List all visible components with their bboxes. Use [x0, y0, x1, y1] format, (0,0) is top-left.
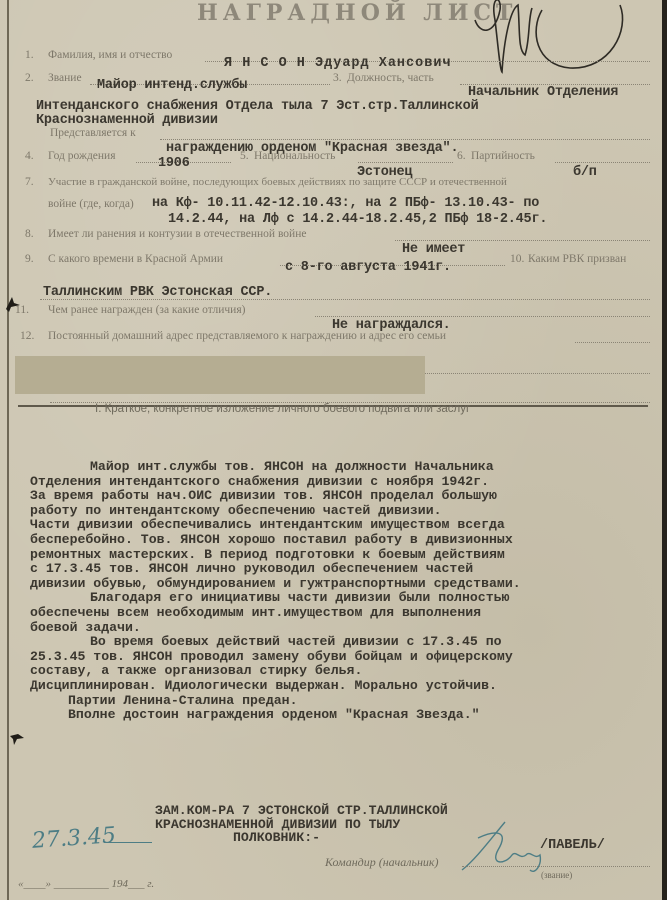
field-label-nationality: Национальность — [254, 150, 335, 162]
field-label-full-name: Фамилия, имя и отчество — [48, 49, 172, 61]
narrative-line: 25.3.45 тов. ЯНСОН проводил замену обуви… — [30, 650, 650, 665]
field-value-position-line3: Краснознаменной дивизии — [36, 113, 218, 128]
field-value-position-line2: Интенданского снабжения Отдела тыла 7 Эс… — [36, 99, 478, 114]
field-value-war-participation-line1: на Кф- 10.11.42-12.10.43:, на 2 ПБф- 13.… — [152, 196, 539, 211]
field-line — [555, 162, 650, 163]
field-number: 11. — [15, 304, 29, 316]
field-value-drafted-by: Таллинским РВК Эстонская ССР. — [43, 285, 272, 300]
field-number: 7. — [25, 176, 34, 188]
section-heading: I. Краткое, конкретное изложение личного… — [95, 403, 470, 415]
handwritten-number-mark — [470, 0, 630, 75]
field-label-position: Должность, часть — [347, 72, 434, 84]
narrative-line: Вполне достоин награждения орденом "Крас… — [30, 708, 650, 723]
signature-line — [462, 866, 650, 867]
narrative-line: работу по интендантскому обеспечению час… — [30, 504, 650, 519]
field-number: 12. — [20, 330, 34, 342]
narrative-line: обеспечены всем необходимым инт.имуществ… — [30, 606, 650, 621]
redacted-address-block — [15, 356, 425, 394]
narrative-line: Дисциплинирован. Идиологически выдержан.… — [30, 679, 650, 694]
field-value-position-line1: Начальник Отделения — [468, 85, 618, 100]
field-line — [425, 373, 650, 374]
field-line — [575, 342, 650, 343]
field-value-service-since: с 8-го августа 1941г. — [285, 260, 451, 275]
signatory-position-line: КРАСНОЗНАМЕННОЙ ДИВИЗИИ ПО ТЫЛУ — [155, 818, 448, 832]
field-number: 4. — [25, 150, 34, 162]
field-value-rank: Майор интенд.службы — [97, 78, 247, 93]
rank-label: (звание) — [541, 870, 572, 880]
narrative-line: Части дивизии обеспечивались интендантск… — [30, 518, 650, 533]
field-line — [160, 139, 650, 140]
narrative-line: составу, а также организовал стирку бель… — [30, 664, 650, 679]
field-number: 9. — [25, 253, 34, 265]
field-label-war-participation: Участие в гражданской войне, последующих… — [48, 176, 507, 188]
signatory-name: /ПАВЕЛЬ/ — [540, 838, 605, 853]
page-edge — [662, 0, 667, 900]
handwritten-date: 27.3.45 — [31, 823, 117, 854]
commander-label: Командир (начальник) — [325, 855, 439, 870]
date-template: «____» __________ 194___ г. — [18, 878, 154, 890]
field-number: 3. — [333, 72, 342, 84]
field-label-party: Партийность — [471, 150, 535, 162]
field-line — [315, 316, 650, 317]
narrative-line: Партии Ленина-Сталина предан. — [30, 694, 650, 709]
narrative-line: бесперебойно. Тов. ЯНСОН хорошо поставил… — [30, 533, 650, 548]
field-number: 8. — [25, 228, 34, 240]
field-line — [395, 240, 650, 241]
narrative-line: с 17.3.45 тов. ЯНСОН лично руководил обе… — [30, 562, 650, 577]
award-sheet-page: НАГРАДНОЙ ЛИСТ 1. Фамилия, имя и отчеств… — [0, 0, 667, 900]
field-label-war-participation-cont: войне (где, когда) — [48, 198, 134, 210]
field-value-wounds: Не имеет — [402, 242, 465, 257]
field-number: 1. — [25, 49, 34, 61]
field-label-drafted-by: Каким РВК призван — [528, 253, 626, 265]
field-label-service-since: С какого времени в Красной Армии — [48, 253, 223, 265]
field-number: 5. — [240, 150, 249, 162]
field-value-full-name: Я Н С О Н Эдуард Хансович — [224, 56, 452, 71]
signatory-block: ЗАМ.КОМ-РА 7 ЭСТОНСКОЙ СТР.ТАЛЛИНСКОЙ КР… — [155, 804, 448, 845]
narrative-line: Во время боевых действий частей дивизии … — [30, 635, 650, 650]
field-label-home-address: Постоянный домашний адрес представляемог… — [48, 330, 446, 342]
narrative-line: боевой задачи. — [30, 621, 650, 636]
field-label-previous-awards: Чем ранее награжден (за какие отличия) — [48, 304, 245, 316]
hole-punch-mark-icon — [8, 730, 26, 748]
field-label-wounds: Имеет ли ранения и контузии в отечествен… — [48, 228, 306, 240]
narrative-line: Майор инт.службы тов. ЯНСОН на должности… — [30, 460, 650, 475]
signatory-position-line: ЗАМ.КОМ-РА 7 ЭСТОНСКОЙ СТР.ТАЛЛИНСКОЙ — [155, 804, 448, 818]
narrative-line: ремонтных мастерских. В период подготовк… — [30, 548, 650, 563]
left-margin-rule — [7, 0, 9, 900]
narrative-line: За время работы нач.ОИС дивизии тов. ЯНС… — [30, 489, 650, 504]
field-value-war-participation-line2: 14.2.44, на Лф с 14.2.44-18.2.45,2 ПБф 1… — [168, 212, 547, 227]
field-label-rank: Звание — [48, 72, 82, 84]
field-label-presented-for: Представляется к — [50, 127, 136, 139]
field-label-birth-year: Год рождения — [48, 150, 116, 162]
field-value-birth-year: 1906 — [158, 156, 190, 171]
narrative-line: дивизии обувью, обмундированием и гужтра… — [30, 577, 650, 592]
field-value-party: б/п — [573, 165, 597, 180]
field-number: 6. — [457, 150, 466, 162]
field-number: 2. — [25, 72, 34, 84]
field-line — [358, 162, 453, 163]
field-number: 10. — [510, 253, 524, 265]
narrative-line: Благодаря его инициативы части дивизии б… — [30, 591, 650, 606]
handwritten-dash — [104, 842, 152, 843]
merit-narrative: Майор инт.службы тов. ЯНСОН на должности… — [30, 460, 650, 723]
narrative-line: Отделения интендантского снабжения дивиз… — [30, 475, 650, 490]
signatory-rank: ПОЛКОВНИК:- — [155, 831, 448, 845]
